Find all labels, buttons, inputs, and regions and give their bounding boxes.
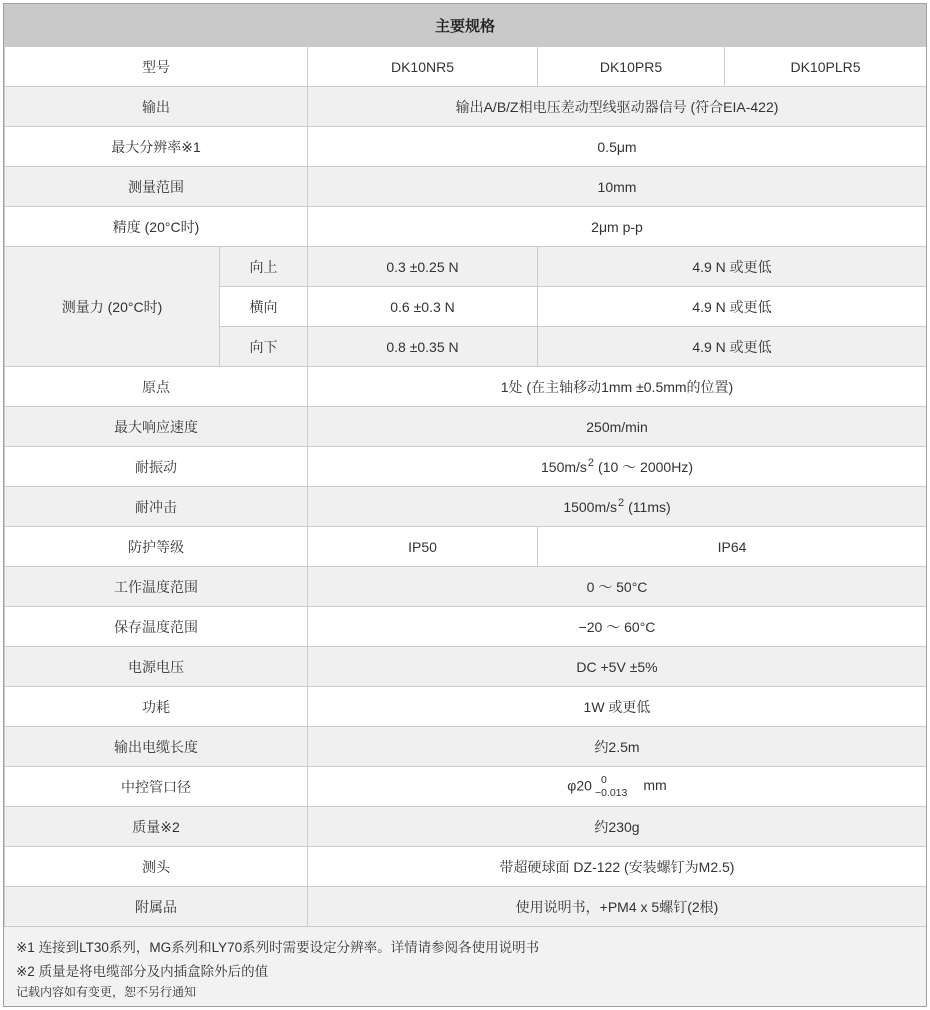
model-value-dk10nr5: DK10NR5 <box>308 47 538 87</box>
row-shock: 耐冲击 1500m/s2(11ms) <box>5 487 927 527</box>
force-up-value: 0.3 ±0.25 N <box>308 247 538 287</box>
shock-base: 1500m/s <box>563 499 617 515</box>
row-protection: 防护等级 IP50 IP64 <box>5 527 927 567</box>
power-consumption-label: 功耗 <box>5 687 308 727</box>
power-consumption-value: 1W 或更低 <box>308 687 927 727</box>
origin-label: 原点 <box>5 367 308 407</box>
protection-label: 防护等级 <box>5 527 308 567</box>
row-stem-diameter: 中控管口径 φ200−0.013mm <box>5 767 927 807</box>
row-origin: 原点 1处 (在主轴移动1mm ±0.5mm的位置) <box>5 367 927 407</box>
row-speed: 最大响应速度 250m/min <box>5 407 927 447</box>
range-value: 10mm <box>308 167 927 207</box>
resolution-value: 0.5μm <box>308 127 927 167</box>
vibration-base: 150m/s <box>541 459 587 475</box>
row-storage-temperature: 保存温度范围 −20 ～ 60°C <box>5 607 927 647</box>
tolerance-lower: −0.013 <box>595 787 627 800</box>
accuracy-label: 精度 (20°C时) <box>5 207 308 247</box>
operating-temperature-value: 0 ～ 50°C <box>308 567 927 607</box>
row-vibration: 耐振动 150m/s2(10 ～ 2000Hz) <box>5 447 927 487</box>
force-side-direction: 横向 <box>220 287 308 327</box>
footnotes: ※1 连接到LT30系列，MG系列和LY70系列时需要设定分辨率。详情请参阅各使… <box>4 927 926 1006</box>
model-label: 型号 <box>5 47 308 87</box>
vibration-value: 150m/s2(10 ～ 2000Hz) <box>308 447 927 487</box>
row-accessories: 附属品 使用说明书，+PM4 x 5螺钉(2根) <box>5 887 927 927</box>
footnote-2: ※2 质量是将电缆部分及内插盒除外后的值 <box>16 960 914 984</box>
footnote-1: ※1 连接到LT30系列，MG系列和LY70系列时需要设定分辨率。详情请参阅各使… <box>16 936 914 960</box>
accessories-value: 使用说明书，+PM4 x 5螺钉(2根) <box>308 887 927 927</box>
row-power-voltage: 电源电压 DC +5V ±5% <box>5 647 927 687</box>
vibration-rest: (10 ～ 2000Hz) <box>598 459 693 475</box>
force-down-direction: 向下 <box>220 327 308 367</box>
accuracy-value: 2μm p-p <box>308 207 927 247</box>
speed-value: 250m/min <box>308 407 927 447</box>
spec-table: 型号 DK10NR5 DK10PR5 DK10PLR5 输出 输出A/B/Z相电… <box>4 46 927 927</box>
row-model: 型号 DK10NR5 DK10PR5 DK10PLR5 <box>5 47 927 87</box>
shock-rest: (11ms) <box>628 499 671 515</box>
stem-diameter-value: φ200−0.013mm <box>308 767 927 807</box>
mass-value: 约230g <box>308 807 927 847</box>
protection-value-ip64: IP64 <box>538 527 927 567</box>
row-resolution: 最大分辨率※1 0.5μm <box>5 127 927 167</box>
spec-sheet-frame: 主要规格 型号 DK10NR5 DK10PR5 DK10PLR5 输出 输出A/… <box>3 3 927 1007</box>
power-voltage-value: DC +5V ±5% <box>308 647 927 687</box>
model-value-dk10plr5: DK10PLR5 <box>725 47 927 87</box>
force-down-value: 0.8 ±0.35 N <box>308 327 538 367</box>
probe-value: 带超硬球面 DZ-122 (安装螺钉为M2.5) <box>308 847 927 887</box>
mass-label: 质量※2 <box>5 807 308 847</box>
vibration-label: 耐振动 <box>5 447 308 487</box>
resolution-label: 最大分辨率※1 <box>5 127 308 167</box>
force-up-direction: 向上 <box>220 247 308 287</box>
force-side-limit: 4.9 N 或更低 <box>538 287 927 327</box>
shock-value: 1500m/s2(11ms) <box>308 487 927 527</box>
probe-label: 测头 <box>5 847 308 887</box>
protection-value-ip50: IP50 <box>308 527 538 567</box>
table-title: 主要规格 <box>4 4 926 46</box>
row-probe: 测头 带超硬球面 DZ-122 (安装螺钉为M2.5) <box>5 847 927 887</box>
cable-length-value: 约2.5m <box>308 727 927 767</box>
row-power-consumption: 功耗 1W 或更低 <box>5 687 927 727</box>
force-up-limit: 4.9 N 或更低 <box>538 247 927 287</box>
force-down-limit: 4.9 N 或更低 <box>538 327 927 367</box>
force-side-value: 0.6 ±0.3 N <box>308 287 538 327</box>
speed-label: 最大响应速度 <box>5 407 308 447</box>
page: 主要规格 型号 DK10NR5 DK10PR5 DK10PLR5 输出 输出A/… <box>0 0 930 1010</box>
footnote-disclaimer: 记载内容如有变更，恕不另行通知 <box>16 983 914 1002</box>
operating-temperature-label: 工作温度范围 <box>5 567 308 607</box>
stem-diameter-unit: mm <box>643 777 666 793</box>
output-value: 输出A/B/Z相电压差动型线驱动器信号 (符合EIA-422) <box>308 87 927 127</box>
accessories-label: 附属品 <box>5 887 308 927</box>
shock-superscript: 2 <box>618 497 624 509</box>
tolerance-upper: 0 <box>595 774 627 787</box>
row-operating-temperature: 工作温度范围 0 ～ 50°C <box>5 567 927 607</box>
stem-diameter-label: 中控管口径 <box>5 767 308 807</box>
row-cable-length: 输出电缆长度 约2.5m <box>5 727 927 767</box>
row-force-up: 测量力 (20°C时) 向上 0.3 ±0.25 N 4.9 N 或更低 <box>5 247 927 287</box>
vibration-superscript: 2 <box>588 457 594 469</box>
storage-temperature-value: −20 ～ 60°C <box>308 607 927 647</box>
stem-diameter-tolerance: 0−0.013 <box>595 774 627 799</box>
storage-temperature-label: 保存温度范围 <box>5 607 308 647</box>
power-voltage-label: 电源电压 <box>5 647 308 687</box>
model-value-dk10pr5: DK10PR5 <box>538 47 725 87</box>
row-output: 输出 输出A/B/Z相电压差动型线驱动器信号 (符合EIA-422) <box>5 87 927 127</box>
bottom-strip <box>4 1006 926 1007</box>
stem-diameter-base: φ20 <box>567 777 592 793</box>
row-mass: 质量※2 约230g <box>5 807 927 847</box>
force-label: 测量力 (20°C时) <box>5 247 220 367</box>
row-range: 测量范围 10mm <box>5 167 927 207</box>
range-label: 测量范围 <box>5 167 308 207</box>
origin-value: 1处 (在主轴移动1mm ±0.5mm的位置) <box>308 367 927 407</box>
shock-label: 耐冲击 <box>5 487 308 527</box>
cable-length-label: 输出电缆长度 <box>5 727 308 767</box>
output-label: 输出 <box>5 87 308 127</box>
row-accuracy: 精度 (20°C时) 2μm p-p <box>5 207 927 247</box>
